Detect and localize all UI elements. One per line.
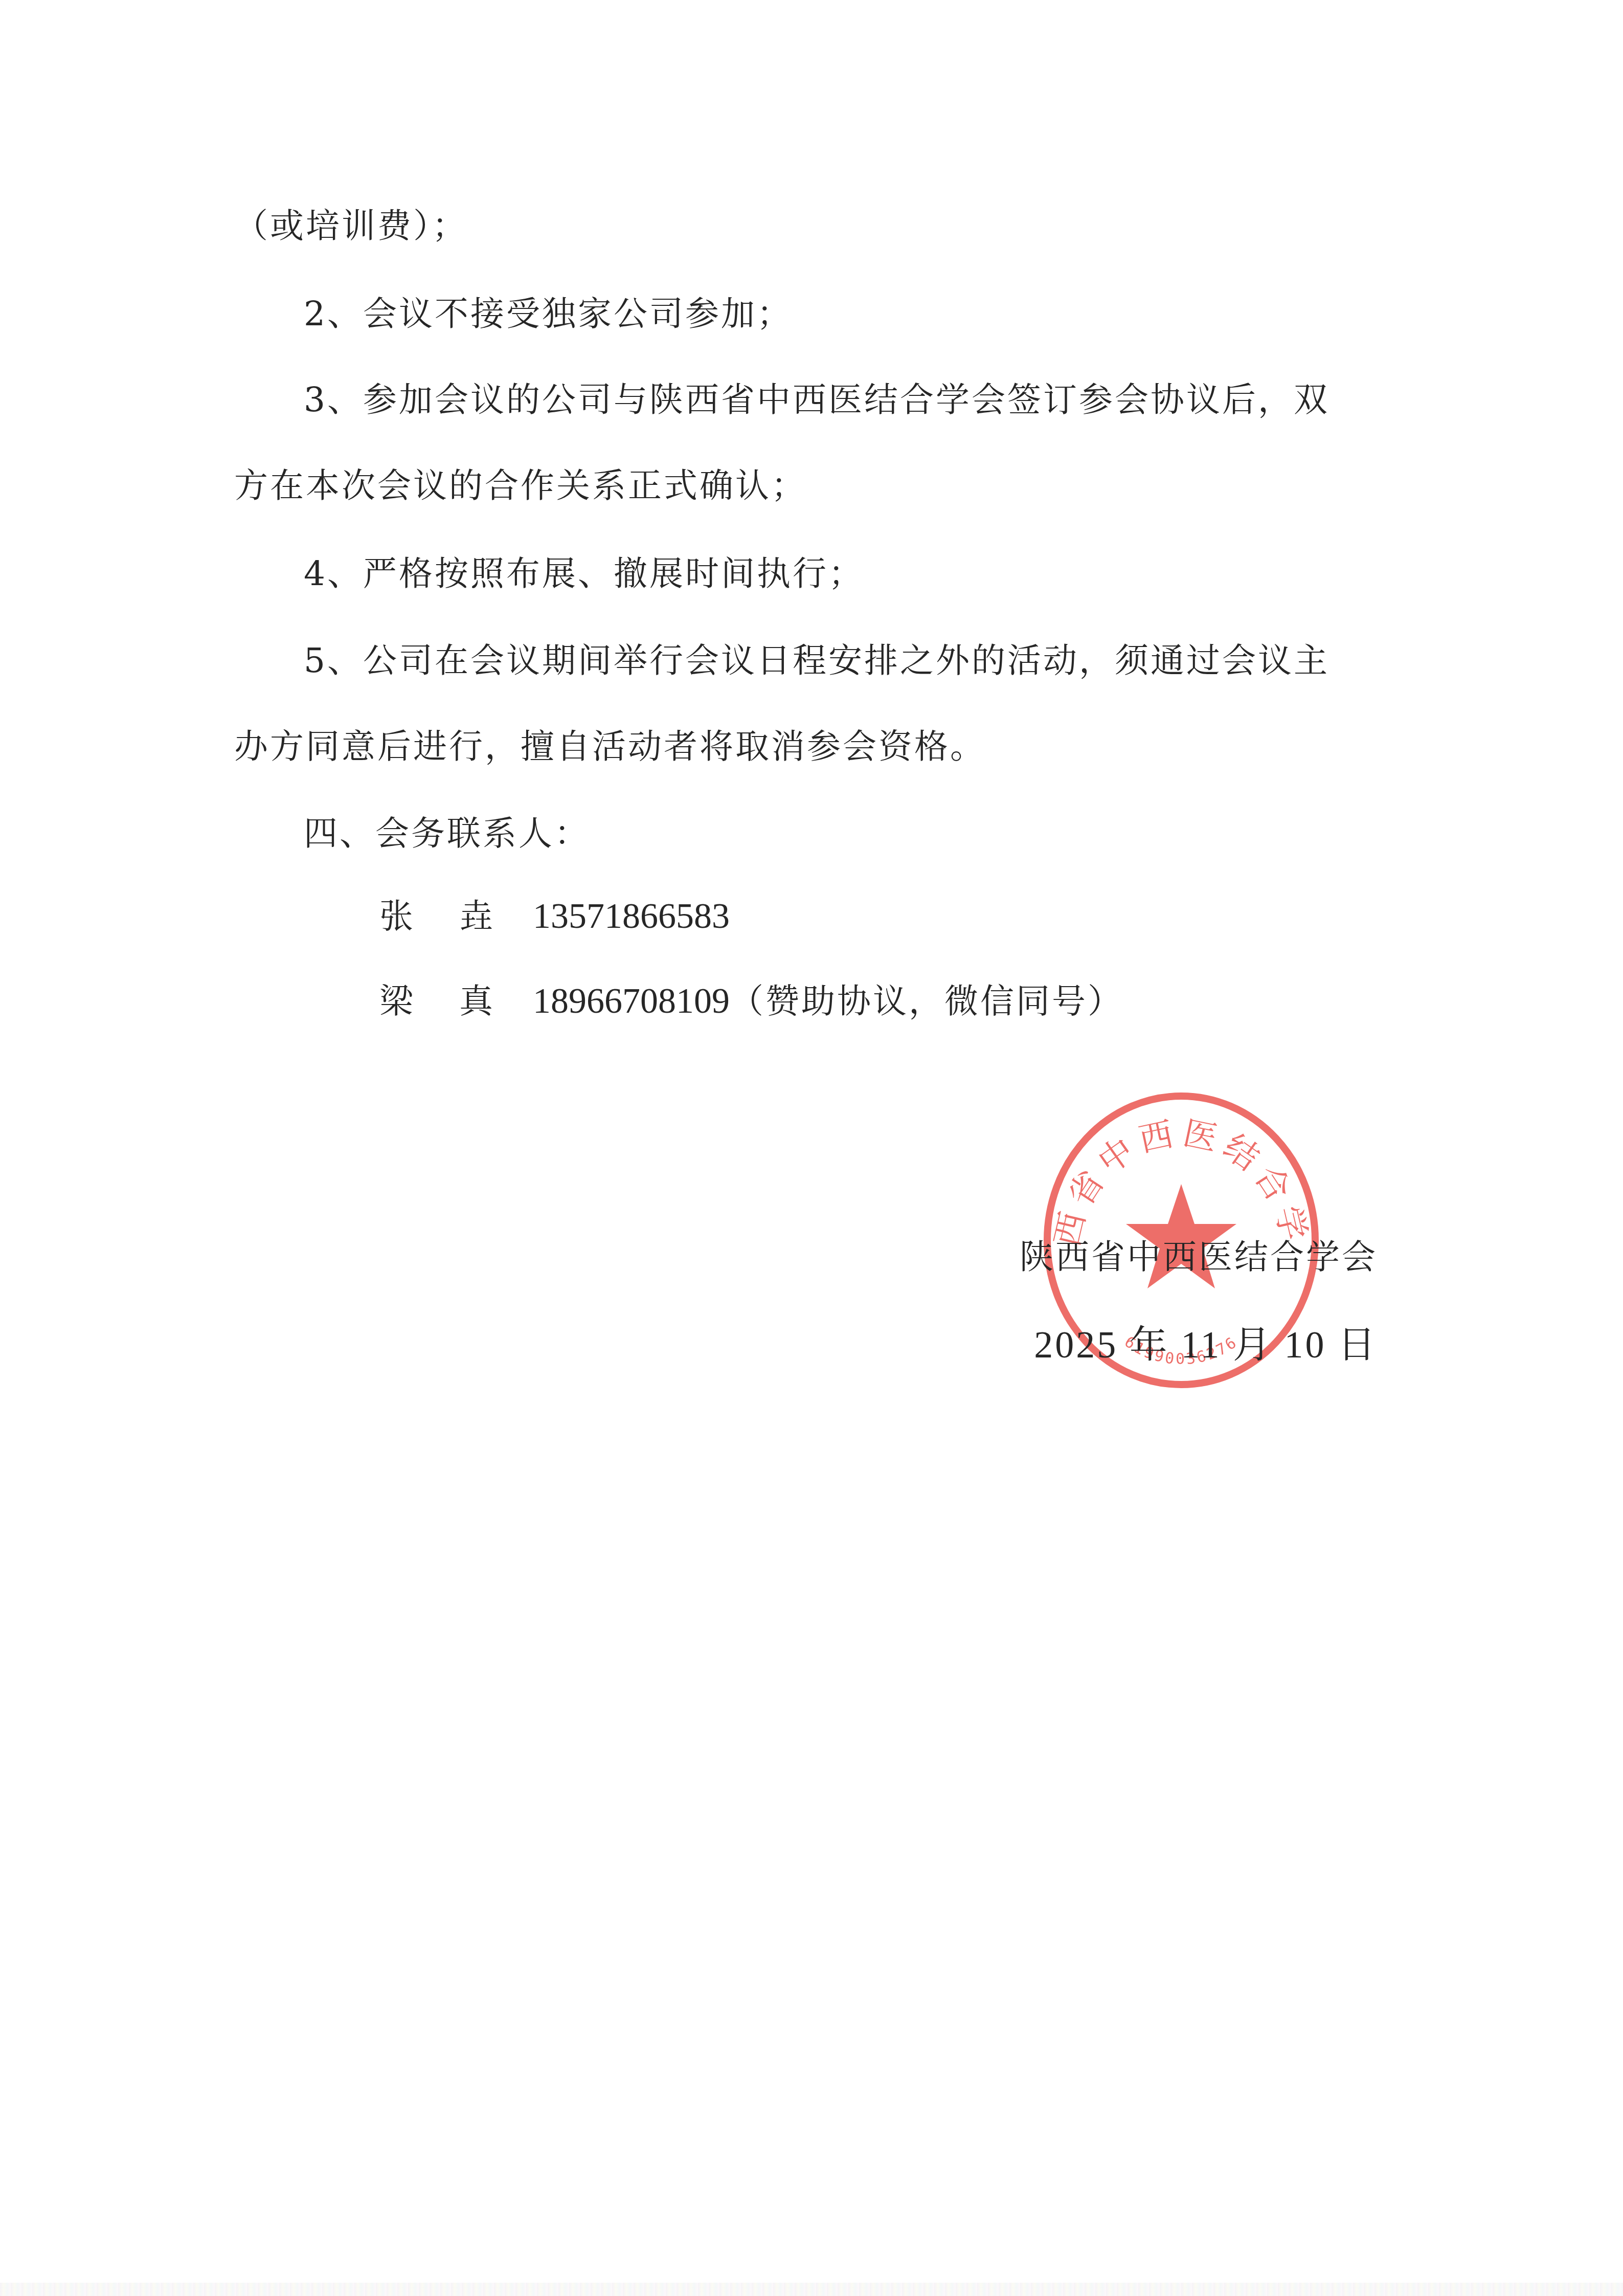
- contact-note: （赞助协议，微信同号）: [730, 982, 1123, 1021]
- contact-name: 张垚: [379, 896, 533, 937]
- scan-edge-artifact: [0, 2283, 1623, 2296]
- document-page: （或培训费）； 2、会议不接受独家公司参加； 3、参加会议的公司与陕西省中西医结…: [0, 0, 1623, 2296]
- item-5-line-1: 5、公司在会议期间举行会议日程安排之外的活动，须通过会议主: [304, 640, 1329, 681]
- contact-phone: 13571866583: [533, 897, 730, 936]
- item-2: 2、会议不接受独家公司参加；: [304, 294, 793, 335]
- item-4: 4、严格按照布展、撤展时间执行；: [304, 553, 864, 594]
- contact-row: 梁真18966708109（赞助协议，微信同号）: [379, 981, 1123, 1022]
- item-5-line-2: 办方同意后进行，擅自活动者将取消参会资格。: [234, 726, 986, 767]
- contact-row: 张垚13571866583: [379, 896, 730, 937]
- contact-phone: 18966708109: [533, 982, 730, 1021]
- signature-date: 2025 年 11 月 10 日: [1034, 1325, 1378, 1366]
- item-3-line-1: 3、参加会议的公司与陕西省中西医结合学会签订参会协议后，双: [304, 380, 1329, 420]
- section-4-heading: 四、会务联系人：: [304, 813, 590, 854]
- signature-organization: 陕西省中西医结合学会: [1020, 1237, 1378, 1278]
- contact-name: 梁真: [379, 981, 533, 1022]
- fee-continuation-line: （或培训费）；: [234, 206, 468, 247]
- item-3-line-2: 方在本次会议的合作关系正式确认；: [234, 465, 807, 506]
